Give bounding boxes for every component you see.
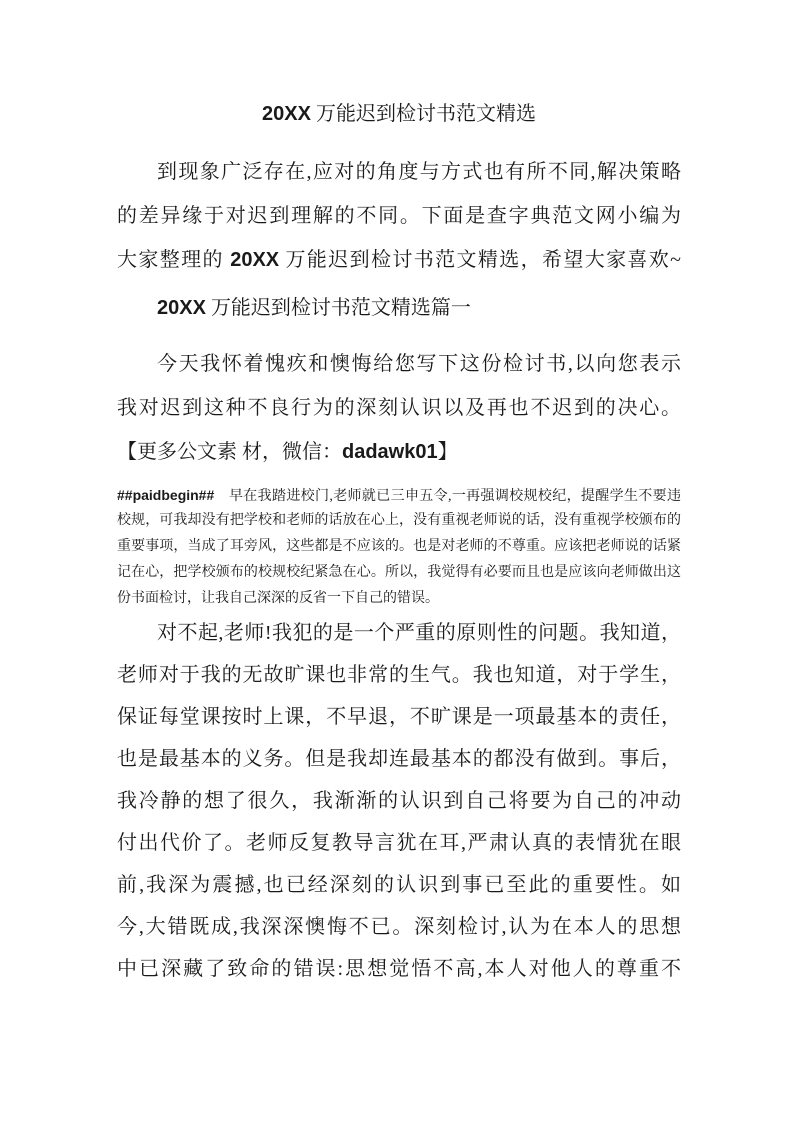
text-line: ##paidbegin## 早在我踏进校门,老师就已三申五令,一再强调校规校纪，… — [117, 482, 681, 508]
latin-text: dadawk01 — [342, 441, 438, 463]
paid-paragraph: ##paidbegin## 早在我踏进校门,老师就已三申五令,一再强调校规校纪，… — [117, 482, 681, 612]
intro-paragraph: 到现象广泛存在,应对的角度与方式也有所不同,解决策略的差异缘于对迟到理解的不同。… — [117, 150, 681, 282]
latin-text: 20XX — [157, 297, 206, 319]
latin-text: 20XX — [230, 249, 279, 271]
text-line: 付出代价了。老师反复教导言犹在耳,严肃认真的表情犹在眼 — [117, 822, 681, 864]
document-page: 20XX 万能迟到检讨书范文精选到现象广泛存在,应对的角度与方式也有所不同,解决… — [0, 0, 793, 1122]
wechat-note: 【更多公文素 材，微信：dadawk01】 — [117, 430, 681, 474]
text-line: 的差异缘于对迟到理解的不同。下面是查字典范文网小编为 — [117, 194, 681, 238]
text-line: 我冷静的想了很久，我渐渐的认识到自己将要为自己的冲动 — [117, 780, 681, 822]
text-line: 大家整理的 20XX 万能迟到检讨书范文精选，希望大家喜欢~ — [117, 238, 681, 282]
latin-text: ##paidbegin## — [117, 487, 214, 503]
paragraph-opening: 今天我怀着愧疚和懊悔给您写下这份检讨书,以向您表示我对迟到这种不良行为的深刻认识… — [117, 342, 681, 430]
text-line: 今,大错既成,我深深懊悔不已。深刻检讨,认为在本人的思想 — [117, 906, 681, 948]
text-line: 前,我深为震撼,也已经深刻的认识到事已至此的重要性。如 — [117, 864, 681, 906]
text-line: 到现象广泛存在,应对的角度与方式也有所不同,解决策略 — [117, 150, 681, 194]
text-line: 【更多公文素 材，微信：dadawk01】 — [117, 430, 681, 474]
text-line: 保证每堂课按时上课，不早退，不旷课是一项最基本的责任， — [117, 696, 681, 738]
self-criticism-paragraph: 对不起,老师!我犯的是一个严重的原则性的问题。我知道，老师对于我的无故旷课也非常… — [117, 612, 681, 990]
section-heading: 20XX 万能迟到检讨书范文精选篇一 — [117, 286, 681, 330]
text-line: 我对迟到这种不良行为的深刻认识以及再也不迟到的决心。 — [117, 386, 681, 430]
text-line: 对不起,老师!我犯的是一个严重的原则性的问题。我知道， — [117, 612, 681, 654]
latin-text: 20XX — [262, 103, 311, 125]
text-line: 记在心，把学校颁布的校规校纪紧急在心。所以，我觉得有必要而且也是应该向老师做出这 — [117, 560, 681, 586]
text-line: 老师对于我的无故旷课也非常的生气。我也知道，对于学生， — [117, 654, 681, 696]
text-line: 今天我怀着愧疚和懊悔给您写下这份检讨书,以向您表示 — [117, 342, 681, 386]
text-line: 20XX 万能迟到检讨书范文精选 — [117, 92, 681, 136]
text-line: 重要事项，当成了耳旁风，这些都是不应该的。也是对老师的不尊重。应该把老师说的话紧 — [117, 534, 681, 560]
text-line: 份书面检讨，让我自己深深的反省一下自己的错误。 — [117, 586, 681, 612]
text-line: 校规，可我却没有把学校和老师的话放在心上，没有重视老师说的话，没有重视学校颁布的 — [117, 508, 681, 534]
text-line: 也是最基本的义务。但是我却连最基本的都没有做到。事后， — [117, 738, 681, 780]
document-body: 20XX 万能迟到检讨书范文精选到现象广泛存在,应对的角度与方式也有所不同,解决… — [117, 92, 681, 990]
text-line: 20XX 万能迟到检讨书范文精选篇一 — [117, 286, 681, 330]
text-line: 中已深藏了致命的错误:思想觉悟不高,本人对他人的尊重不 — [117, 948, 681, 990]
doc-title: 20XX 万能迟到检讨书范文精选 — [117, 92, 681, 136]
